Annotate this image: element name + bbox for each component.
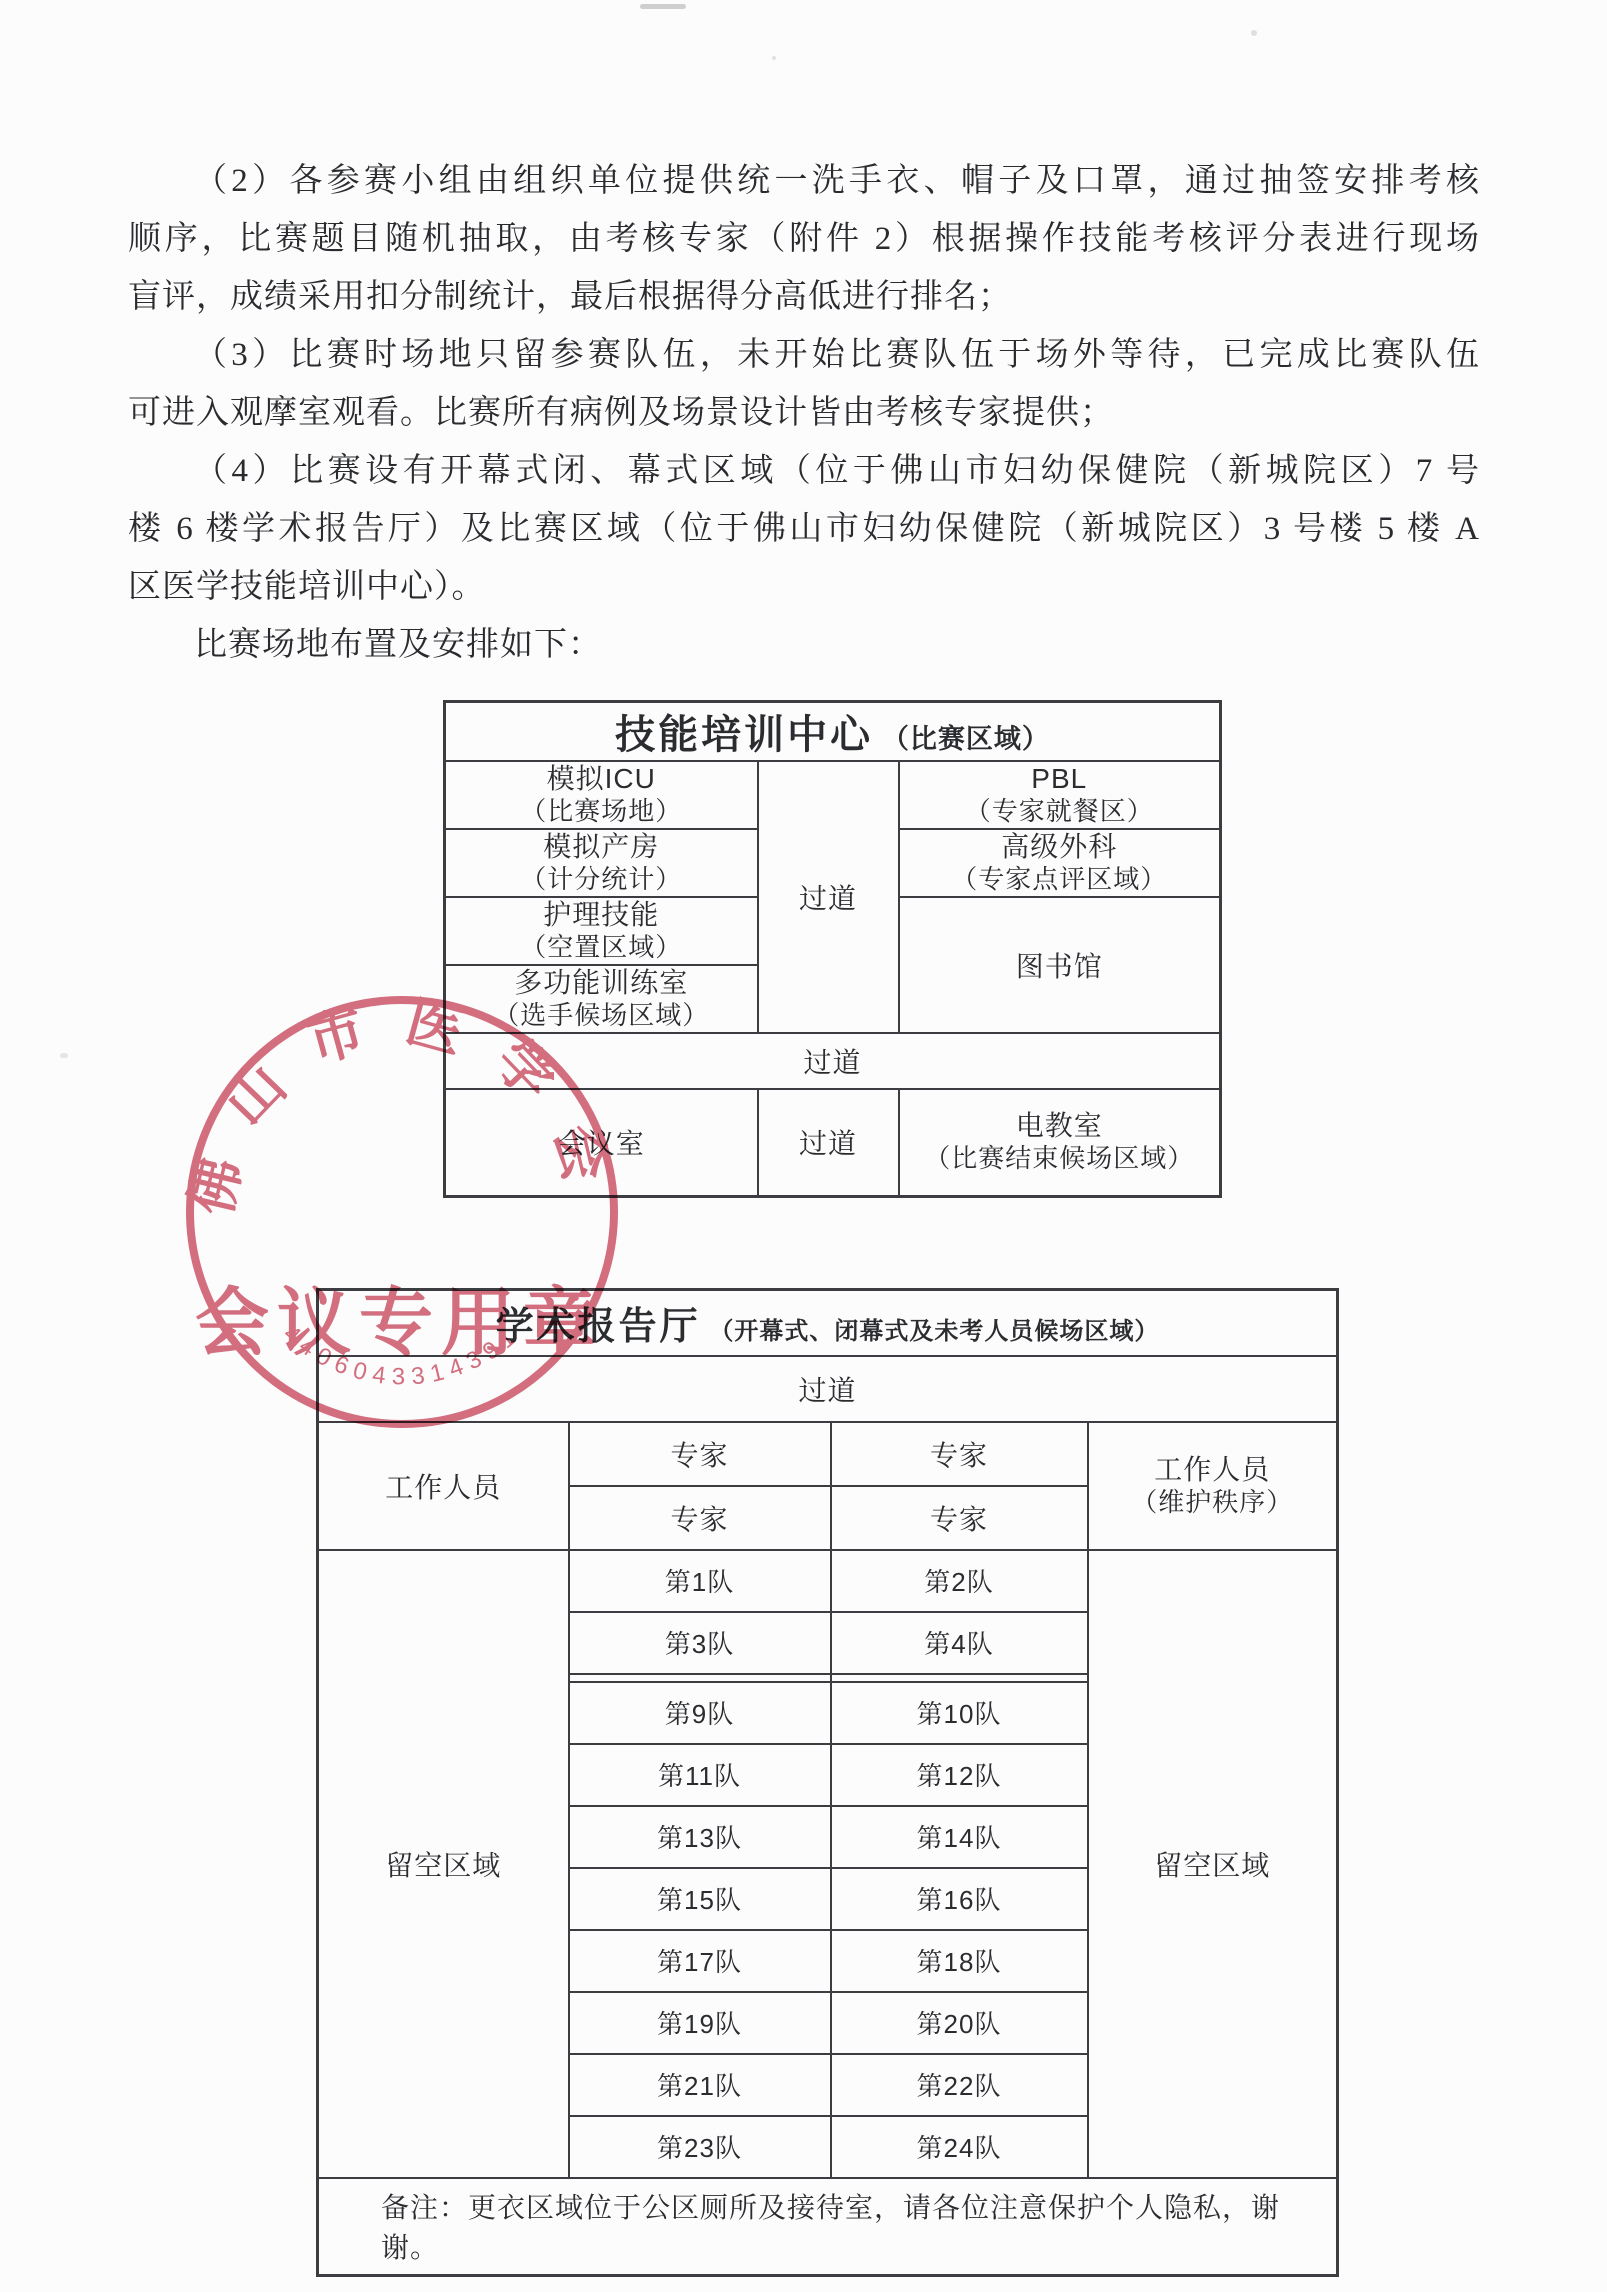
team-cell: 第2队 [831, 1550, 1088, 1612]
cell-corridor-full: 过道 [445, 1033, 1221, 1089]
staff-right-sub: （维护秩序） [1089, 1487, 1337, 1519]
team-cell: 第21队 [569, 2054, 831, 2116]
cell-eclassroom: 电教室 （比赛结束候场区域） [899, 1089, 1221, 1197]
cell-nursing-name: 护理技能 [446, 898, 757, 932]
table2-title-cell: 学术报告厅 （开幕式、闭幕式及未考人员候场区域） [318, 1290, 1338, 1356]
team-cell: 第18队 [831, 1930, 1088, 1992]
blank-left-label: 留空区域 [385, 1850, 501, 1881]
meeting-room-label: 会议室 [558, 1128, 645, 1159]
team-cell: 第22队 [831, 2054, 1088, 2116]
cell-surgery-name: 高级外科 [900, 830, 1220, 864]
expert-label: 专家 [930, 1504, 988, 1535]
paragraph-line: 顺序，比赛题目随机抽取，由考核专家（附件 2）根据操作技能考核评分表进行现场 [128, 210, 1480, 268]
cell-pbl-name: PBL [900, 762, 1220, 796]
staff-left-label: 工作人员 [385, 1472, 501, 1503]
cell-multi-sub: （选手候场区域） [446, 1000, 757, 1032]
blank-right-label: 留空区域 [1154, 1850, 1270, 1881]
collapsed-row-cell [569, 1674, 831, 1682]
team-cell: 第12队 [831, 1744, 1088, 1806]
skills-training-center-table: 技能培训中心 （比赛区域） 模拟ICU （比赛场地） 过道 PBL （专家就餐区… [443, 700, 1222, 1198]
team-cell: 第16队 [831, 1868, 1088, 1930]
corridor-label: 过道 [799, 1128, 857, 1159]
cell-corridor-bottom: 过道 [758, 1089, 899, 1197]
cell-pbl-sub: （专家就餐区） [900, 796, 1220, 828]
table1-title-note: （比赛区域） [882, 724, 1050, 754]
paragraph-line: 楼 6 楼学术报告厅）及比赛区域（位于佛山市妇幼保健院（新城院区）3 号楼 5 … [128, 500, 1480, 558]
cell-expert: 专家 [831, 1422, 1088, 1486]
cell-icu: 模拟ICU （比赛场地） [445, 761, 758, 829]
library-label: 图书馆 [1016, 951, 1103, 982]
cell-corridor-hall: 过道 [318, 1356, 1338, 1422]
body-text: （2）各参赛小组由组织单位提供统一洗手衣、帽子及口罩，通过抽签安排考核 顺序，比… [128, 152, 1480, 674]
cell-blank-left: 留空区域 [318, 1550, 569, 2178]
cell-nursing: 护理技能 （空置区域） [445, 897, 758, 965]
cell-delivery-sub: （计分统计） [446, 864, 757, 896]
lecture-hall-table: 学术报告厅 （开幕式、闭幕式及未考人员候场区域） 过道 工作人员 专家 专家 工… [316, 1288, 1339, 2277]
table2-title: 学术报告厅 [496, 1306, 701, 1348]
expert-label: 专家 [670, 1440, 728, 1471]
cell-expert: 专家 [831, 1486, 1088, 1550]
corridor-label: 过道 [804, 1047, 862, 1078]
staff-right-name: 工作人员 [1089, 1453, 1337, 1487]
team-cell: 第23队 [569, 2116, 831, 2178]
team-cell: 第24队 [831, 2116, 1088, 2178]
team-cell: 第3队 [569, 1612, 831, 1674]
team-cell: 第13队 [569, 1806, 831, 1868]
expert-label: 专家 [930, 1440, 988, 1471]
cell-staff-right: 工作人员 （维护秩序） [1088, 1422, 1338, 1550]
scan-speck [772, 56, 776, 60]
table1-title: 技能培训中心 [615, 713, 873, 757]
cell-icu-sub: （比赛场地） [446, 796, 757, 828]
team-cell: 第15队 [569, 1868, 831, 1930]
paragraph-line: （3）比赛时场地只留参赛队伍，未开始比赛队伍于场外等待，已完成比赛队伍 [128, 326, 1480, 384]
team-cell: 第14队 [831, 1806, 1088, 1868]
cell-surgery: 高级外科 （专家点评区域） [899, 829, 1221, 897]
cell-corridor-vertical: 过道 [758, 761, 899, 1033]
team-cell: 第11队 [569, 1744, 831, 1806]
team-cell: 第9队 [569, 1682, 831, 1744]
cell-surgery-sub: （专家点评区域） [900, 864, 1220, 896]
cell-pbl: PBL （专家就餐区） [899, 761, 1221, 829]
cell-eclass-sub: （比赛结束候场区域） [900, 1143, 1220, 1175]
scan-speck [1251, 30, 1257, 36]
expert-label: 专家 [670, 1504, 728, 1535]
cell-icu-name: 模拟ICU [446, 762, 757, 796]
cell-multi-name: 多功能训练室 [446, 966, 757, 1000]
team-cell: 第19队 [569, 1992, 831, 2054]
cell-expert: 专家 [569, 1486, 831, 1550]
cell-meeting-room: 会议室 [445, 1089, 758, 1197]
team-cell: 第4队 [831, 1612, 1088, 1674]
team-cell: 第17队 [569, 1930, 831, 1992]
team-cell: 第20队 [831, 1992, 1088, 2054]
paragraph-line: 盲评，成绩采用扣分制统计，最后根据得分高低进行排名； [128, 268, 1480, 326]
cell-library: 图书馆 [899, 897, 1221, 1033]
team-cell: 第10队 [831, 1682, 1088, 1744]
cell-expert: 专家 [569, 1422, 831, 1486]
intro-line: 比赛场地布置及安排如下： [128, 616, 1480, 674]
cell-nursing-sub: （空置区域） [446, 932, 757, 964]
table2-title-note: （开幕式、闭幕式及未考人员候场区域） [709, 1318, 1159, 1345]
collapsed-row-cell [831, 1674, 1088, 1682]
paragraph-line: （4）比赛设有开幕式闭、幕式区域（位于佛山市妇幼保健院（新城院区）7 号 [128, 442, 1480, 500]
scan-speck [60, 1053, 68, 1058]
corridor-label: 过道 [799, 1375, 857, 1406]
table1-title-cell: 技能培训中心 （比赛区域） [445, 702, 1221, 762]
cell-delivery-name: 模拟产房 [446, 830, 757, 864]
paragraph-line: （2）各参赛小组由组织单位提供统一洗手衣、帽子及口罩，通过抽签安排考核 [128, 152, 1480, 210]
paragraph-line: 区医学技能培训中心）。 [128, 558, 1480, 616]
cell-multifunction-room: 多功能训练室 （选手候场区域） [445, 965, 758, 1033]
remark-cell: 备注：更衣区域位于公区厕所及接待室，请各位注意保护个人隐私，谢谢。 [318, 2178, 1338, 2276]
corridor-label: 过道 [799, 883, 857, 914]
scanned-document-page: （2）各参赛小组由组织单位提供统一洗手衣、帽子及口罩，通过抽签安排考核 顺序，比… [0, 0, 1607, 2292]
cell-delivery-room: 模拟产房 （计分统计） [445, 829, 758, 897]
team-cell: 第1队 [569, 1550, 831, 1612]
scan-speck [640, 4, 686, 9]
cell-eclass-name: 电教室 [900, 1109, 1220, 1143]
paragraph-line: 可进入观摩室观看。比赛所有病例及场景设计皆由考核专家提供； [128, 384, 1480, 442]
cell-staff-left: 工作人员 [318, 1422, 569, 1550]
cell-blank-right: 留空区域 [1088, 1550, 1338, 2178]
